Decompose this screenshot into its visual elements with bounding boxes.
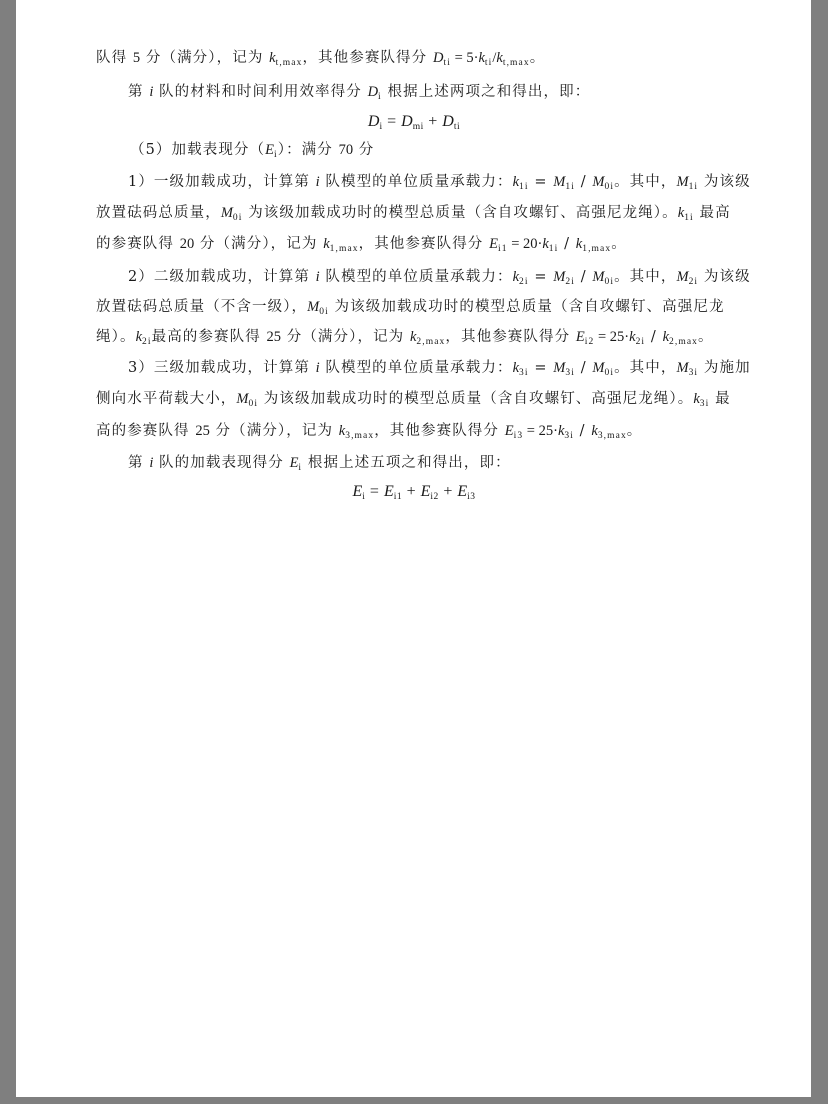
item-2-line-2: 放置砝码总质量（不含一级），M0i 为该级加载成功时的模型总质量（含自攻螺钉、高…: [96, 297, 725, 317]
item-3-line-1: 3）三级加载成功，计算第 i 队模型的单位质量承载力：k3i = M3i / M…: [128, 358, 751, 378]
item-1-line-2: 放置砝码总质量，M0i 为该级加载成功时的模型总质量（含自攻螺钉、高强尼龙绳）。…: [96, 203, 731, 223]
paragraph-loading-total: 第 i 队的加载表现得分 Ei 根据上述五项之和得出，即：: [128, 453, 511, 473]
item-2-line-1: 2）二级加载成功，计算第 i 队模型的单位质量承载力：k2i = M2i / M…: [128, 267, 751, 287]
item-3-line-3: 高的参赛队得 25 分（满分），记为 k3,max，其他参赛队得分 Ei3 = …: [96, 421, 642, 441]
item-1-line-3: 的参赛队得 20 分（满分），记为 k1,max，其他参赛队得分 Ei1 = 2…: [96, 234, 627, 254]
item-2-line-3: 绳）。k2i最高的参赛队得 25 分（满分），记为 k2,max，其他参赛队得分…: [96, 327, 714, 347]
paragraph-efficiency-score: 第 i 队的材料和时间利用效率得分 Di 根据上述两项之和得出，即：: [128, 82, 590, 102]
formula-d-total: Di = Dmi + Dti: [0, 112, 828, 132]
item-3-line-2: 侧向水平荷载大小，M0i 为该级加载成功时的模型总质量（含自攻螺钉、高强尼龙绳）…: [96, 389, 731, 409]
item-1-line-1: 1）一级加载成功，计算第 i 队模型的单位质量承载力：k1i = M1i / M…: [128, 172, 751, 192]
section-heading-loading-score: （5）加载表现分（Ei）：满分 70 分: [130, 140, 374, 160]
paragraph-line-1: 队得 5 分（满分），记为 kt,max，其他参赛队得分 Dti = 5·kti…: [96, 48, 545, 68]
formula-e-total: Ei = Ei1 + Ei2 + Ei3: [0, 482, 828, 502]
document-page: [16, 0, 811, 1097]
